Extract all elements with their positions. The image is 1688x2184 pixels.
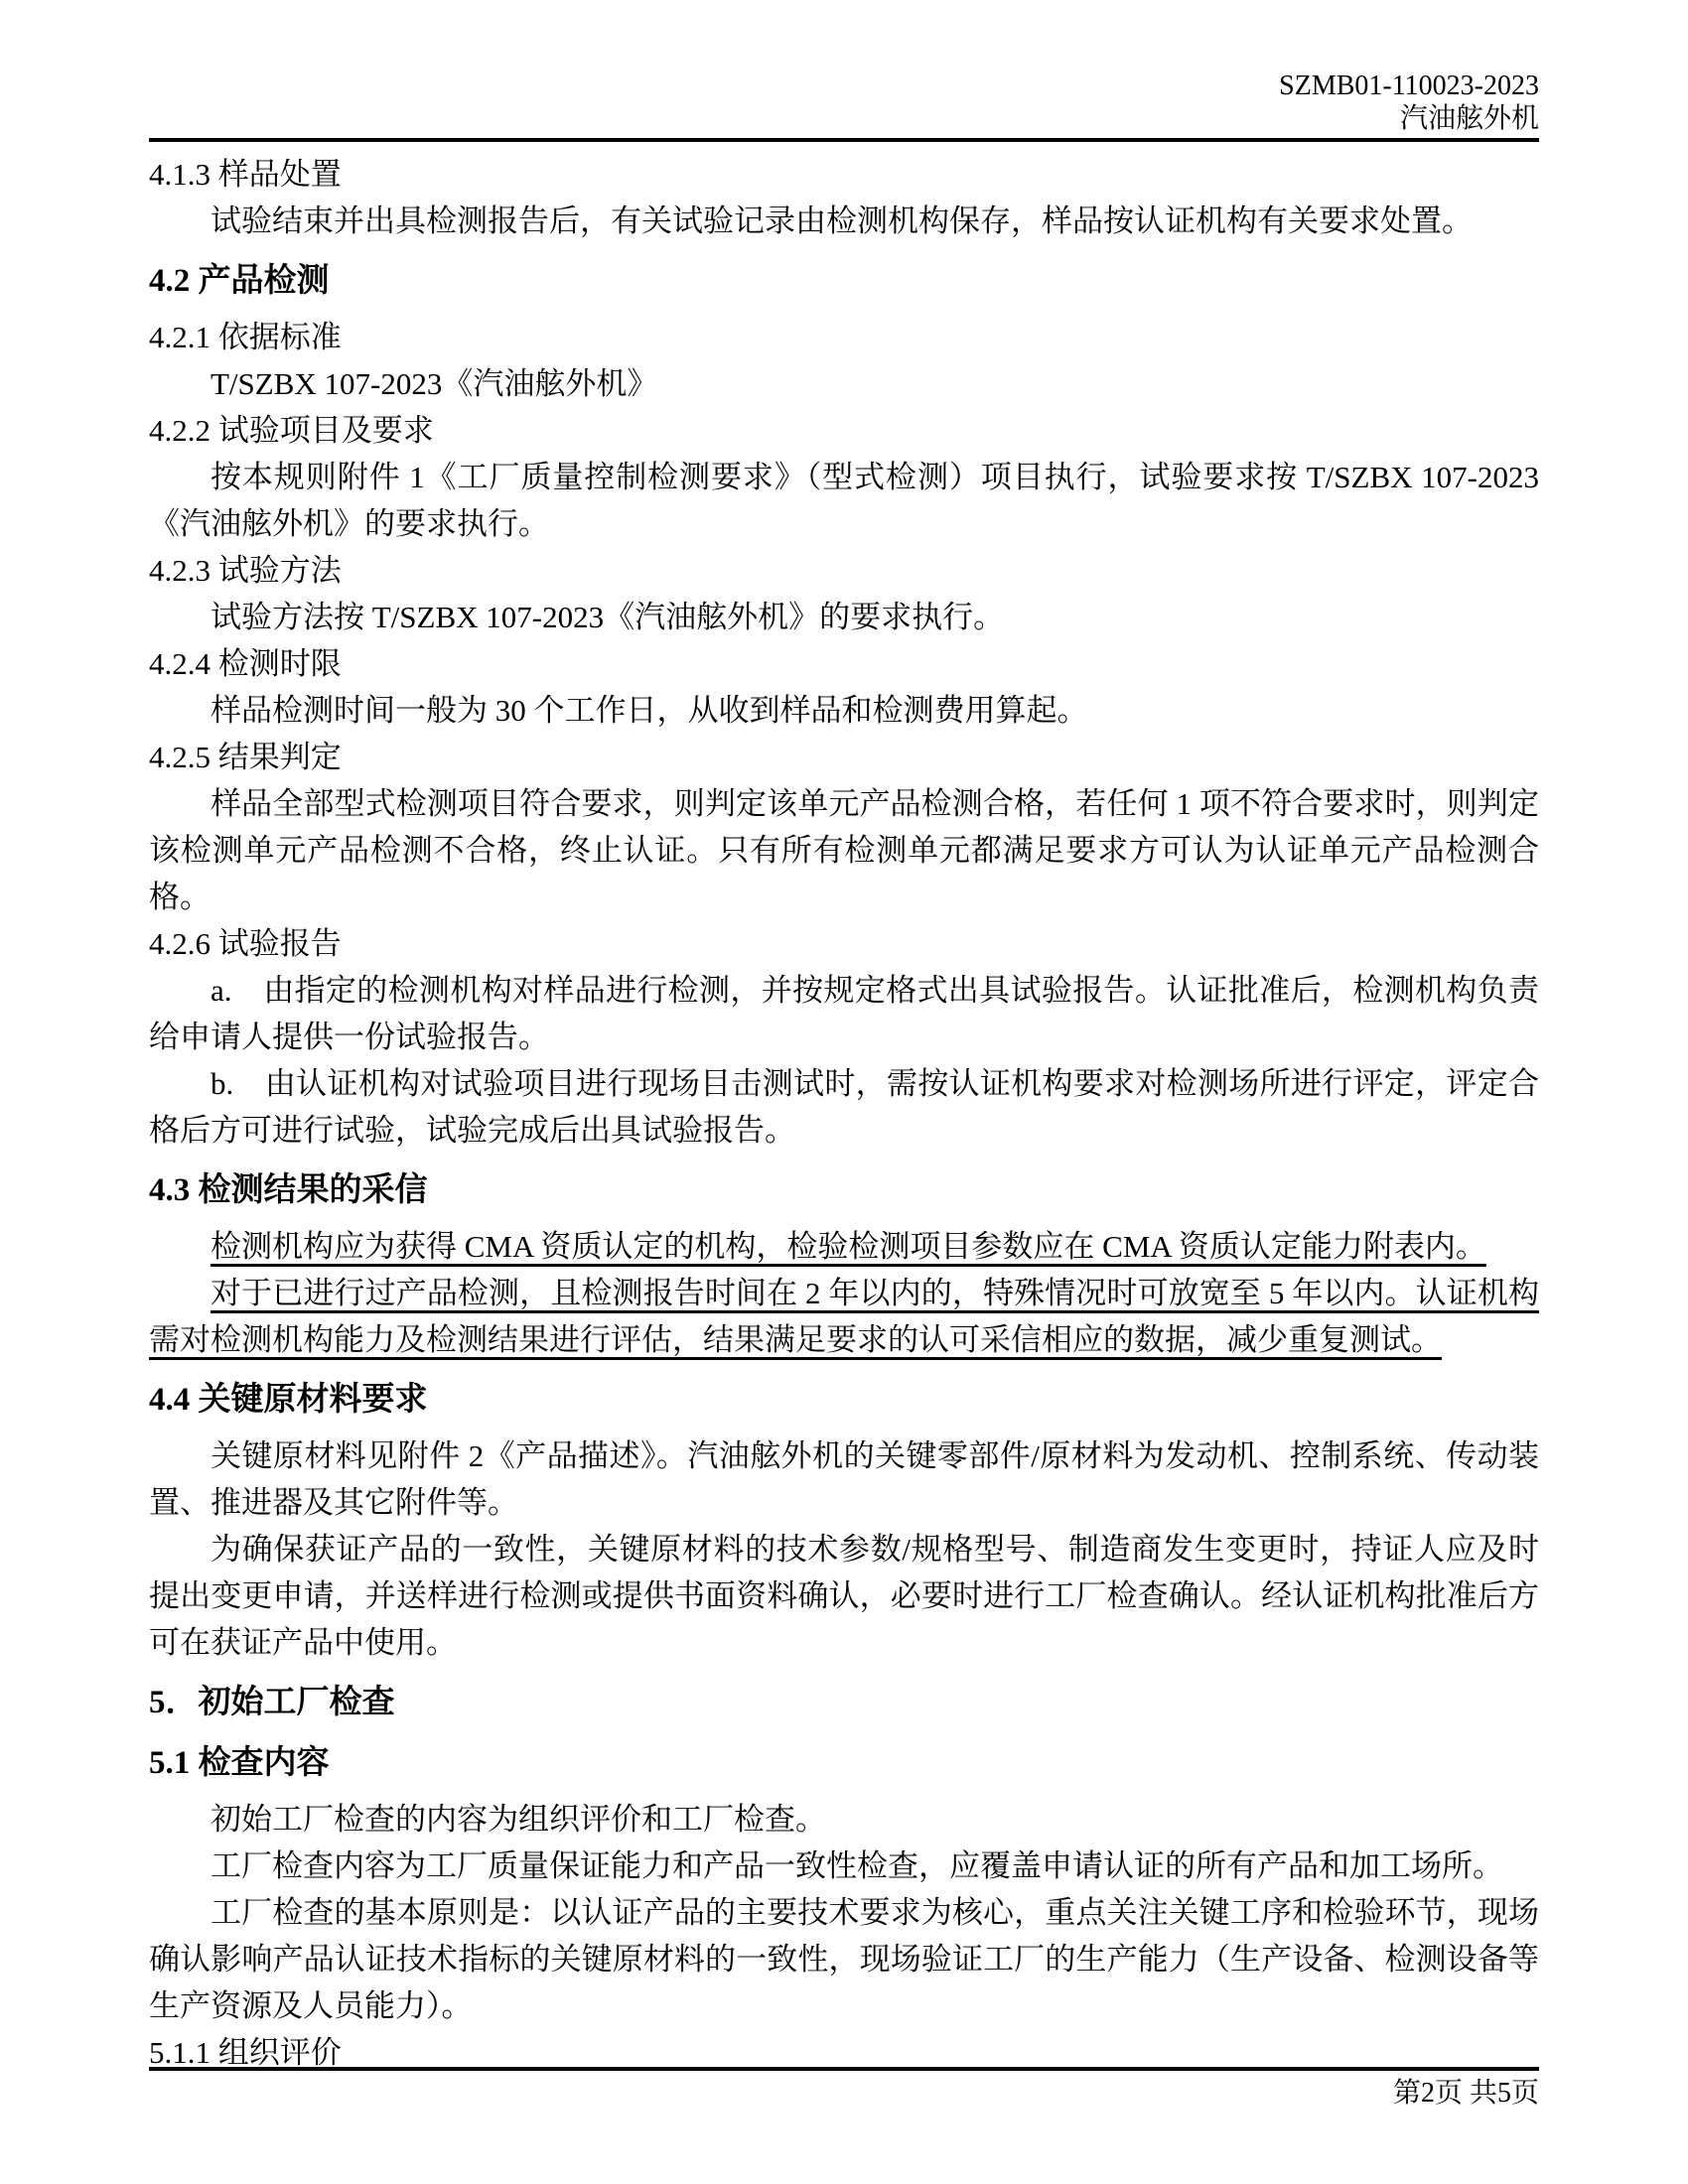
paragraph: T/SZBX 107-2023《汽油舷外机》 <box>149 360 1539 407</box>
section-heading: 4.2.1 依据标准 <box>149 314 1539 360</box>
paragraph: 关键原材料见附件 2《产品描述》。汽油舷外机的关键零部件/原材料为发动机、控制系… <box>149 1433 1539 1526</box>
paragraph: 按本规则附件 1《工厂质量控制检测要求》（型式检测）项目执行，试验要求按 T/S… <box>149 454 1539 547</box>
paragraph: 为确保获证产品的一致性，关键原材料的技术参数/规格型号、制造商发生变更时，持证人… <box>149 1526 1539 1666</box>
section-heading: 5.1 检查内容 <box>149 1740 1539 1787</box>
paragraph: 工厂检查的基本原则是：以认证产品的主要技术要求为核心，重点关注关键工序和检验环节… <box>149 1889 1539 2029</box>
paragraph: 初始工厂检查的内容为组织评价和工厂检查。 <box>149 1796 1539 1843</box>
section-heading: 4.2.6 试验报告 <box>149 920 1539 967</box>
section-heading: 4.1.3 样品处置 <box>149 151 1539 198</box>
paragraph: b. 由认证机构对试验项目进行现场目击测试时，需按认证机构要求对检测场所进行评定… <box>149 1060 1539 1154</box>
document-body: 4.1.3 样品处置试验结束并出具检测报告后，有关试验记录由检测机构保存，样品按… <box>149 151 1539 2076</box>
section-heading: 4.4 关键原材料要求 <box>149 1377 1539 1424</box>
document-page: SZMB01-110023-2023 汽油舷外机 4.1.3 样品处置试验结束并… <box>0 0 1688 2184</box>
paragraph: a. 由指定的检测机构对样品进行检测，并按规定格式出具试验报告。认证批准后，检测… <box>149 967 1539 1060</box>
paragraph: 工厂检查内容为工厂质量保证能力和产品一致性检查，应覆盖申请认证的所有产品和加工场… <box>149 1843 1539 1889</box>
page-footer: 第2页 共5页 <box>1393 2077 1539 2111</box>
doc-product-name: 汽油舷外机 <box>1279 102 1539 135</box>
paragraph: 样品全部型式检测项目符合要求，则判定该单元产品检测合格，若任何 1 项不符合要求… <box>149 780 1539 920</box>
page-header: SZMB01-110023-2023 汽油舷外机 <box>1279 69 1539 135</box>
section-heading: 4.2.4 检测时限 <box>149 640 1539 687</box>
section-heading: 4.2 产品检测 <box>149 258 1539 305</box>
paragraph: 试验结束并出具检测报告后，有关试验记录由检测机构保存，样品按认证机构有关要求处置… <box>149 198 1539 244</box>
section-heading: 4.2.2 试验项目及要求 <box>149 407 1539 454</box>
section-heading: 4.2.5 结果判定 <box>149 734 1539 780</box>
page-number: 第2页 共5页 <box>1393 2078 1539 2109</box>
doc-number: SZMB01-110023-2023 <box>1279 69 1539 102</box>
paragraph: 检测机构应为获得 CMA 资质认定的机构，检验检测项目参数应在 CMA 资质认定… <box>149 1223 1539 1270</box>
paragraph: 样品检测时间一般为 30 个工作日，从收到样品和检测费用算起。 <box>149 687 1539 734</box>
section-heading: 4.2.3 试验方法 <box>149 547 1539 594</box>
section-heading: 5．初始工厂检查 <box>149 1680 1539 1726</box>
paragraph: 对于已进行过产品检测，且检测报告时间在 2 年以内的，特殊情况时可放宽至 5 年… <box>149 1270 1539 1363</box>
paragraph: 试验方法按 T/SZBX 107-2023《汽油舷外机》的要求执行。 <box>149 594 1539 640</box>
header-rule <box>149 138 1539 142</box>
footer-rule <box>149 2067 1539 2071</box>
section-heading: 4.3 检测结果的采信 <box>149 1167 1539 1214</box>
